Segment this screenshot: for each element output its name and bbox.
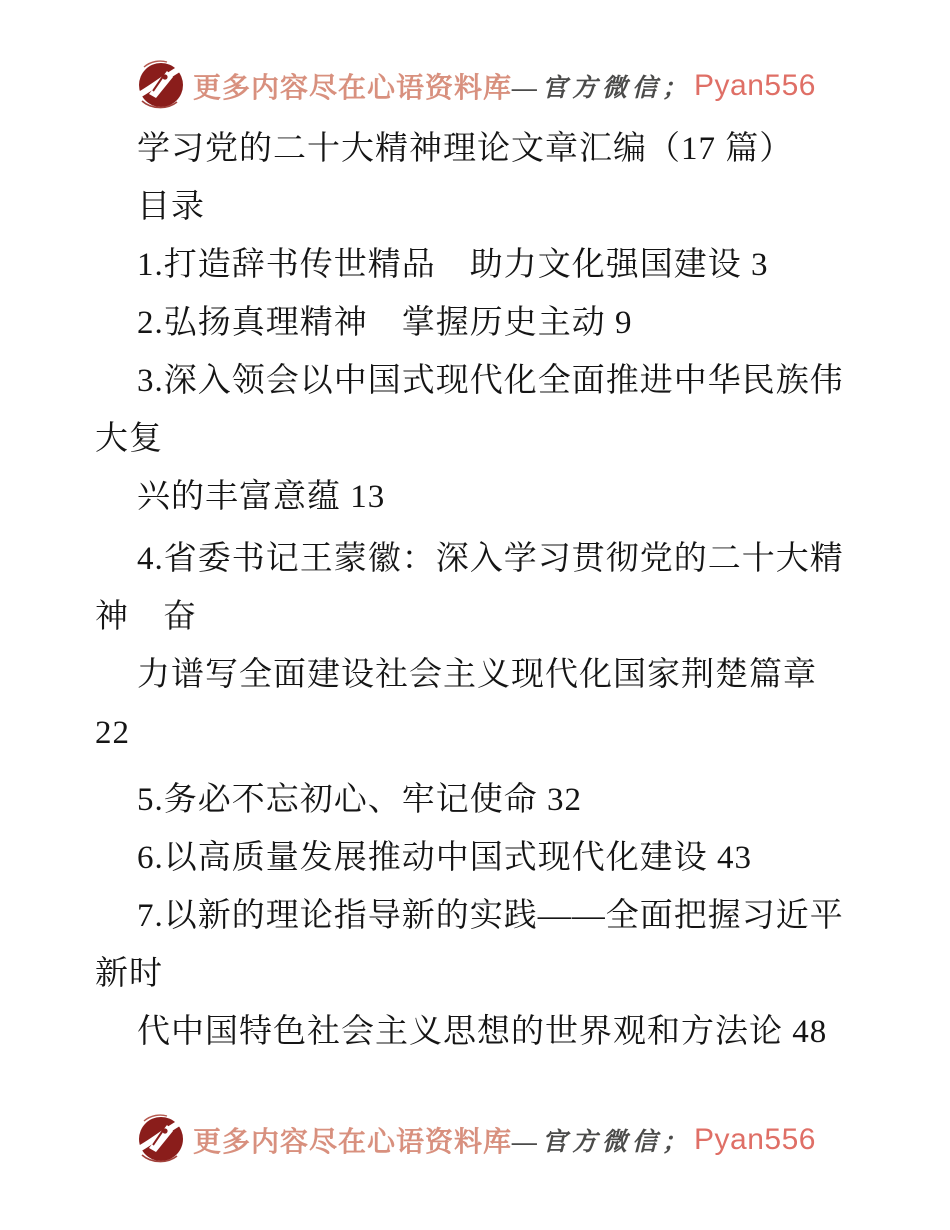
toc-line: 力谱写全面建设社会主义现代化国家荆楚篇章 [95, 646, 867, 704]
brand-text: 更多内容尽在心语资料库 [193, 1120, 512, 1160]
toc-line: 6.以高质量发展推动中国式现代化建设 43 [95, 829, 867, 887]
toc-line: 大复 [95, 410, 867, 468]
wechat-id: Pyan556 [694, 1123, 816, 1157]
brand-text: 更多内容尽在心语资料库 [193, 66, 512, 106]
toc-heading: 目录 [95, 178, 867, 236]
wechat-id: Pyan556 [694, 69, 816, 103]
toc-line: 代中国特色社会主义思想的世界观和方法论 48 [95, 1003, 867, 1061]
toc-line: 新时 [95, 945, 867, 1003]
document-body: 学习党的二十大精神理论文章汇编（17 篇） 目录 1.打造辞书传世精品 助力文化… [95, 120, 867, 1061]
document-title: 学习党的二十大精神理论文章汇编（17 篇） [95, 120, 867, 178]
toc-line: 7.以新的理论指导新的实践——全面把握习近平 [95, 887, 867, 945]
toc-line: 神 奋 [95, 588, 867, 646]
wechat-label: —官方微信； [512, 68, 692, 104]
pen-swirl-logo-icon [134, 1112, 188, 1168]
toc-line: 2.弘扬真理精神 掌握历史主动 9 [95, 294, 867, 352]
toc-line: 兴的丰富意蕴 13 [95, 468, 867, 526]
toc-line: 3.深入领会以中国式现代化全面推进中华民族伟 [95, 352, 867, 410]
page-header: 更多内容尽在心语资料库 —官方微信； Pyan556 [0, 58, 950, 114]
page-footer: 更多内容尽在心语资料库 —官方微信； Pyan556 [0, 1112, 950, 1168]
toc-line: 4.省委书记王蒙徽：深入学习贯彻党的二十大精 [95, 530, 867, 588]
wechat-label: —官方微信； [512, 1122, 692, 1158]
document-page: 更多内容尽在心语资料库 —官方微信； Pyan556 学习党的二十大精神理论文章… [0, 0, 950, 1230]
toc-line: 5.务必不忘初心、牢记使命 32 [95, 771, 867, 829]
toc-line: 22 [95, 704, 867, 762]
toc-line: 1.打造辞书传世精品 助力文化强国建设 3 [95, 236, 867, 294]
pen-swirl-logo-icon [134, 58, 188, 114]
